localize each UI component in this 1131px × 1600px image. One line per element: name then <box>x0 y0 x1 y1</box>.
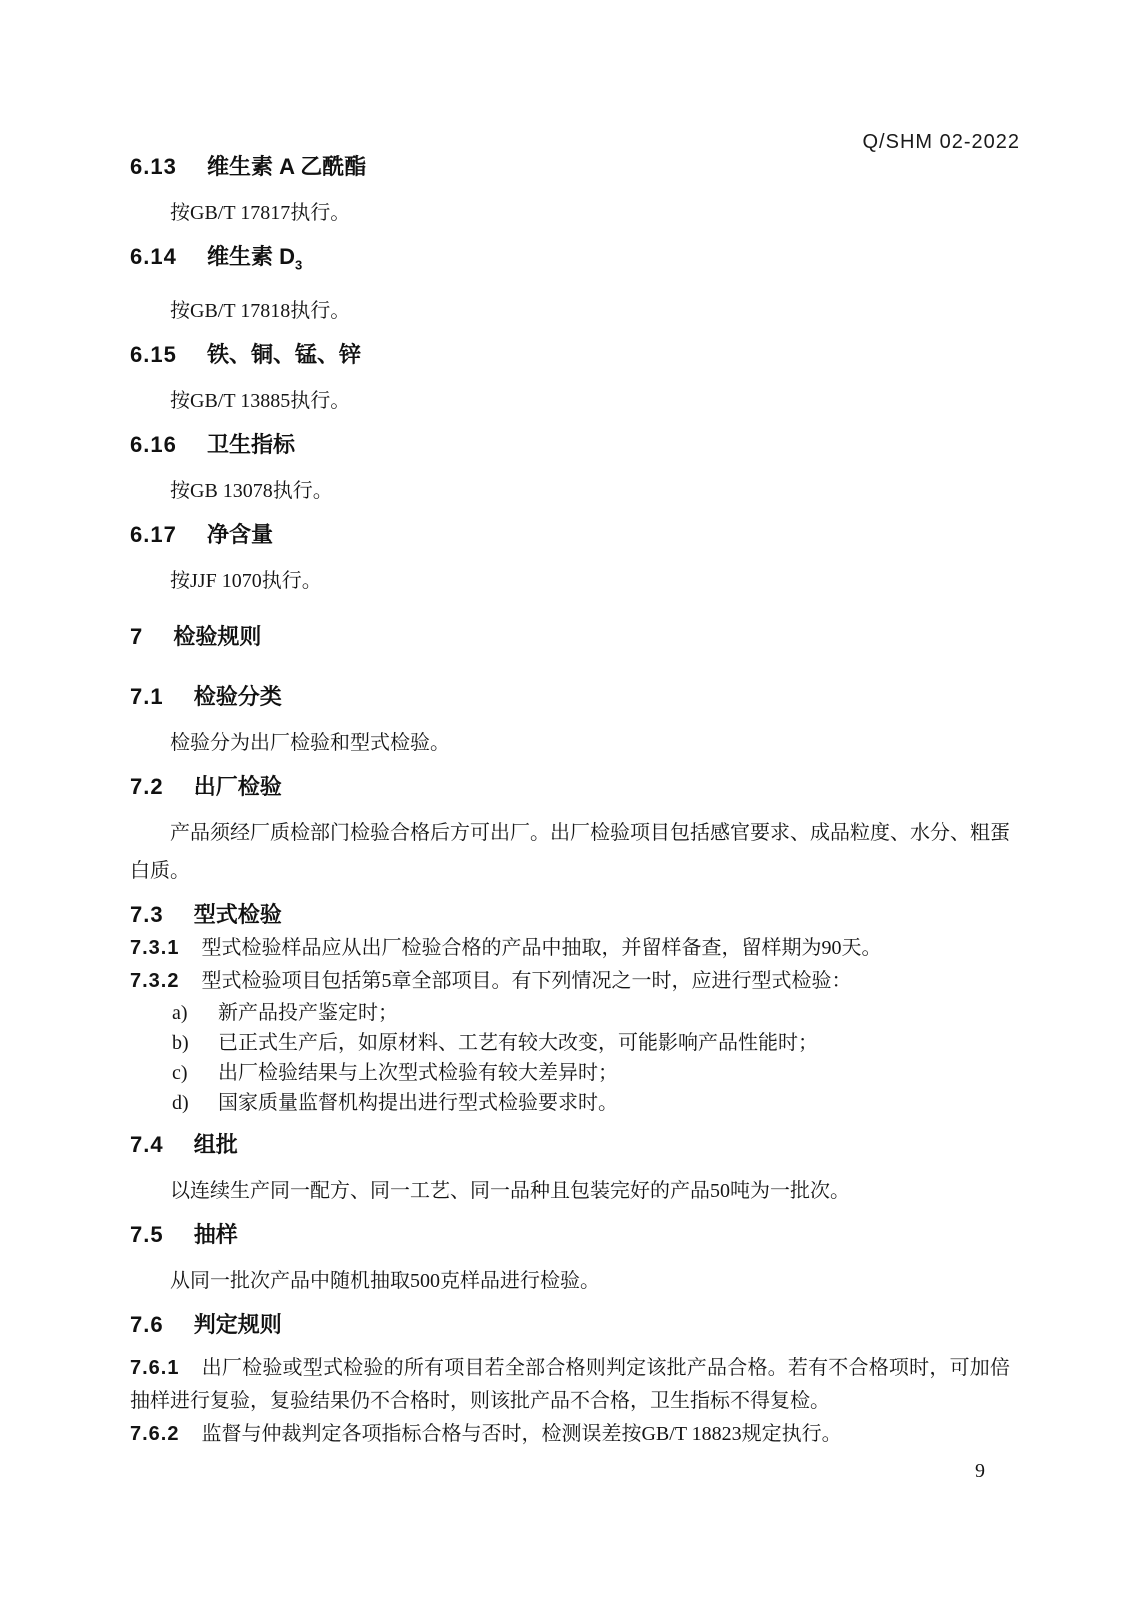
list-marker: a) <box>172 998 218 1028</box>
heading-6-17: 6.17 净含量 <box>130 522 1010 548</box>
paragraph-7-5: 从同一批次产品中随机抽取500克样品进行检验。 <box>130 1262 1010 1300</box>
clause-number: 6.14 <box>130 244 177 269</box>
clause-number: 6.17 <box>130 522 177 547</box>
clause-number: 7.5 <box>130 1222 164 1247</box>
clause-number: 7.4 <box>130 1132 164 1157</box>
list-item-c: c)出厂检验结果与上次型式检验有较大差异时； <box>130 1058 1010 1088</box>
clause-number: 7.3 <box>130 902 164 927</box>
subscript: 3 <box>295 257 302 272</box>
clause-text: 型式检验样品应从出厂检验合格的产品中抽取，并留样备查，留样期为90天。 <box>201 937 881 959</box>
clause-number: 7.1 <box>130 684 164 709</box>
heading-7-1: 7.1 检验分类 <box>130 684 1010 710</box>
clause-title: 出厂检验 <box>194 774 282 799</box>
paragraph-6-13: 按GB/T 17817执行。 <box>130 194 1010 232</box>
paragraph-7-2: 产品须经厂质检部门检验合格后方可出厂。出厂检验项目包括感官要求、成品粒度、水分、… <box>130 814 1010 890</box>
clause-7-3-1: 7.3.1型式检验样品应从出厂检验合格的产品中抽取，并留样备查，留样期为90天。 <box>130 932 1010 965</box>
clause-title-text: 维生素 D <box>207 244 295 269</box>
clause-title: 检验分类 <box>194 684 282 709</box>
clause-number: 7.3.2 <box>130 970 179 992</box>
list-text: 出厂检验结果与上次型式检验有较大差异时； <box>218 1062 618 1084</box>
clause-title: 判定规则 <box>194 1312 282 1337</box>
heading-7-6: 7.6 判定规则 <box>130 1312 1010 1338</box>
page-footer: 9 <box>130 1459 1010 1483</box>
heading-6-16: 6.16 卫生指标 <box>130 432 1010 458</box>
clause-title: 卫生指标 <box>207 432 295 457</box>
clause-title: 净含量 <box>207 522 273 547</box>
clause-number: 7.2 <box>130 774 164 799</box>
clause-text: 监督与仲裁判定各项指标合格与否时，检测误差按GB/T 18823规定执行。 <box>201 1423 841 1445</box>
clause-title: 维生素 D3 <box>207 244 302 269</box>
clause-number: 7 <box>130 624 143 649</box>
paragraph-6-16: 按GB 13078执行。 <box>130 472 1010 510</box>
heading-6-13: 6.13 维生素 A 乙酰酯 <box>130 154 1010 180</box>
heading-7: 7 检验规则 <box>130 624 1010 650</box>
clause-number: 6.13 <box>130 154 177 179</box>
clause-number: 7.6.2 <box>130 1423 179 1445</box>
paragraph-6-14: 按GB/T 17818执行。 <box>130 292 1010 330</box>
list-item-a: a)新产品投产鉴定时； <box>130 998 1010 1028</box>
heading-7-2: 7.2 出厂检验 <box>130 774 1010 800</box>
clause-number: 7.6 <box>130 1312 164 1337</box>
clause-text: 出厂检验或型式检验的所有项目若全部合格则判定该批产品合格。若有不合格项时，可加倍… <box>130 1357 1010 1412</box>
page-content: 6.13 维生素 A 乙酰酯 按GB/T 17817执行。 6.14 维生素 D… <box>0 154 1131 1483</box>
paragraph-6-17: 按JJF 1070执行。 <box>130 562 1010 600</box>
heading-6-15: 6.15 铁、铜、锰、锌 <box>130 342 1010 368</box>
document-page: Q/SHM 02-2022 6.13 维生素 A 乙酰酯 按GB/T 17817… <box>0 0 1131 1600</box>
list-marker: c) <box>172 1058 218 1088</box>
running-header: Q/SHM 02-2022 <box>0 0 1131 154</box>
heading-7-3: 7.3 型式检验 <box>130 902 1010 928</box>
heading-7-4: 7.4 组批 <box>130 1132 1010 1158</box>
list-text: 新产品投产鉴定时； <box>218 1002 398 1024</box>
clause-title: 抽样 <box>194 1222 238 1247</box>
paragraph-7-4: 以连续生产同一配方、同一工艺、同一品种且包装完好的产品50吨为一批次。 <box>130 1172 1010 1210</box>
clause-text: 型式检验项目包括第5章全部项目。有下列情况之一时，应进行型式检验： <box>201 970 851 992</box>
list-text: 已正式生产后，如原材料、工艺有较大改变，可能影响产品性能时； <box>218 1032 818 1054</box>
list-marker: b) <box>172 1028 218 1058</box>
clause-number: 6.15 <box>130 342 177 367</box>
list-item-b: b)已正式生产后，如原材料、工艺有较大改变，可能影响产品性能时； <box>130 1028 1010 1058</box>
paragraph-6-15: 按GB/T 13885执行。 <box>130 382 1010 420</box>
clause-number: 6.16 <box>130 432 177 457</box>
clause-title: 组批 <box>194 1132 238 1157</box>
list-item-d: d)国家质量监督机构提出进行型式检验要求时。 <box>130 1088 1010 1118</box>
clause-number: 7.6.1 <box>130 1357 179 1379</box>
clause-title: 型式检验 <box>194 902 282 927</box>
doc-number: Q/SHM 02-2022 <box>862 131 1020 153</box>
heading-6-14: 6.14 维生素 D3 <box>130 244 1010 278</box>
list-marker: d) <box>172 1088 218 1118</box>
clause-7-6-1: 7.6.1出厂检验或型式检验的所有项目若全部合格则判定该批产品合格。若有不合格项… <box>130 1352 1010 1418</box>
clause-7-3-2: 7.3.2型式检验项目包括第5章全部项目。有下列情况之一时，应进行型式检验： <box>130 965 1010 998</box>
clause-7-6-2: 7.6.2监督与仲裁判定各项指标合格与否时，检测误差按GB/T 18823规定执… <box>130 1418 1010 1451</box>
clause-number: 7.3.1 <box>130 937 179 959</box>
clause-title: 检验规则 <box>173 624 261 649</box>
page-number: 9 <box>975 1460 985 1482</box>
condition-list: a)新产品投产鉴定时； b)已正式生产后，如原材料、工艺有较大改变，可能影响产品… <box>130 998 1010 1118</box>
paragraph-7-1: 检验分为出厂检验和型式检验。 <box>130 724 1010 762</box>
heading-7-5: 7.5 抽样 <box>130 1222 1010 1248</box>
clause-title: 维生素 A 乙酰酯 <box>207 154 366 179</box>
list-text: 国家质量监督机构提出进行型式检验要求时。 <box>218 1092 618 1114</box>
clause-title: 铁、铜、锰、锌 <box>207 342 361 367</box>
